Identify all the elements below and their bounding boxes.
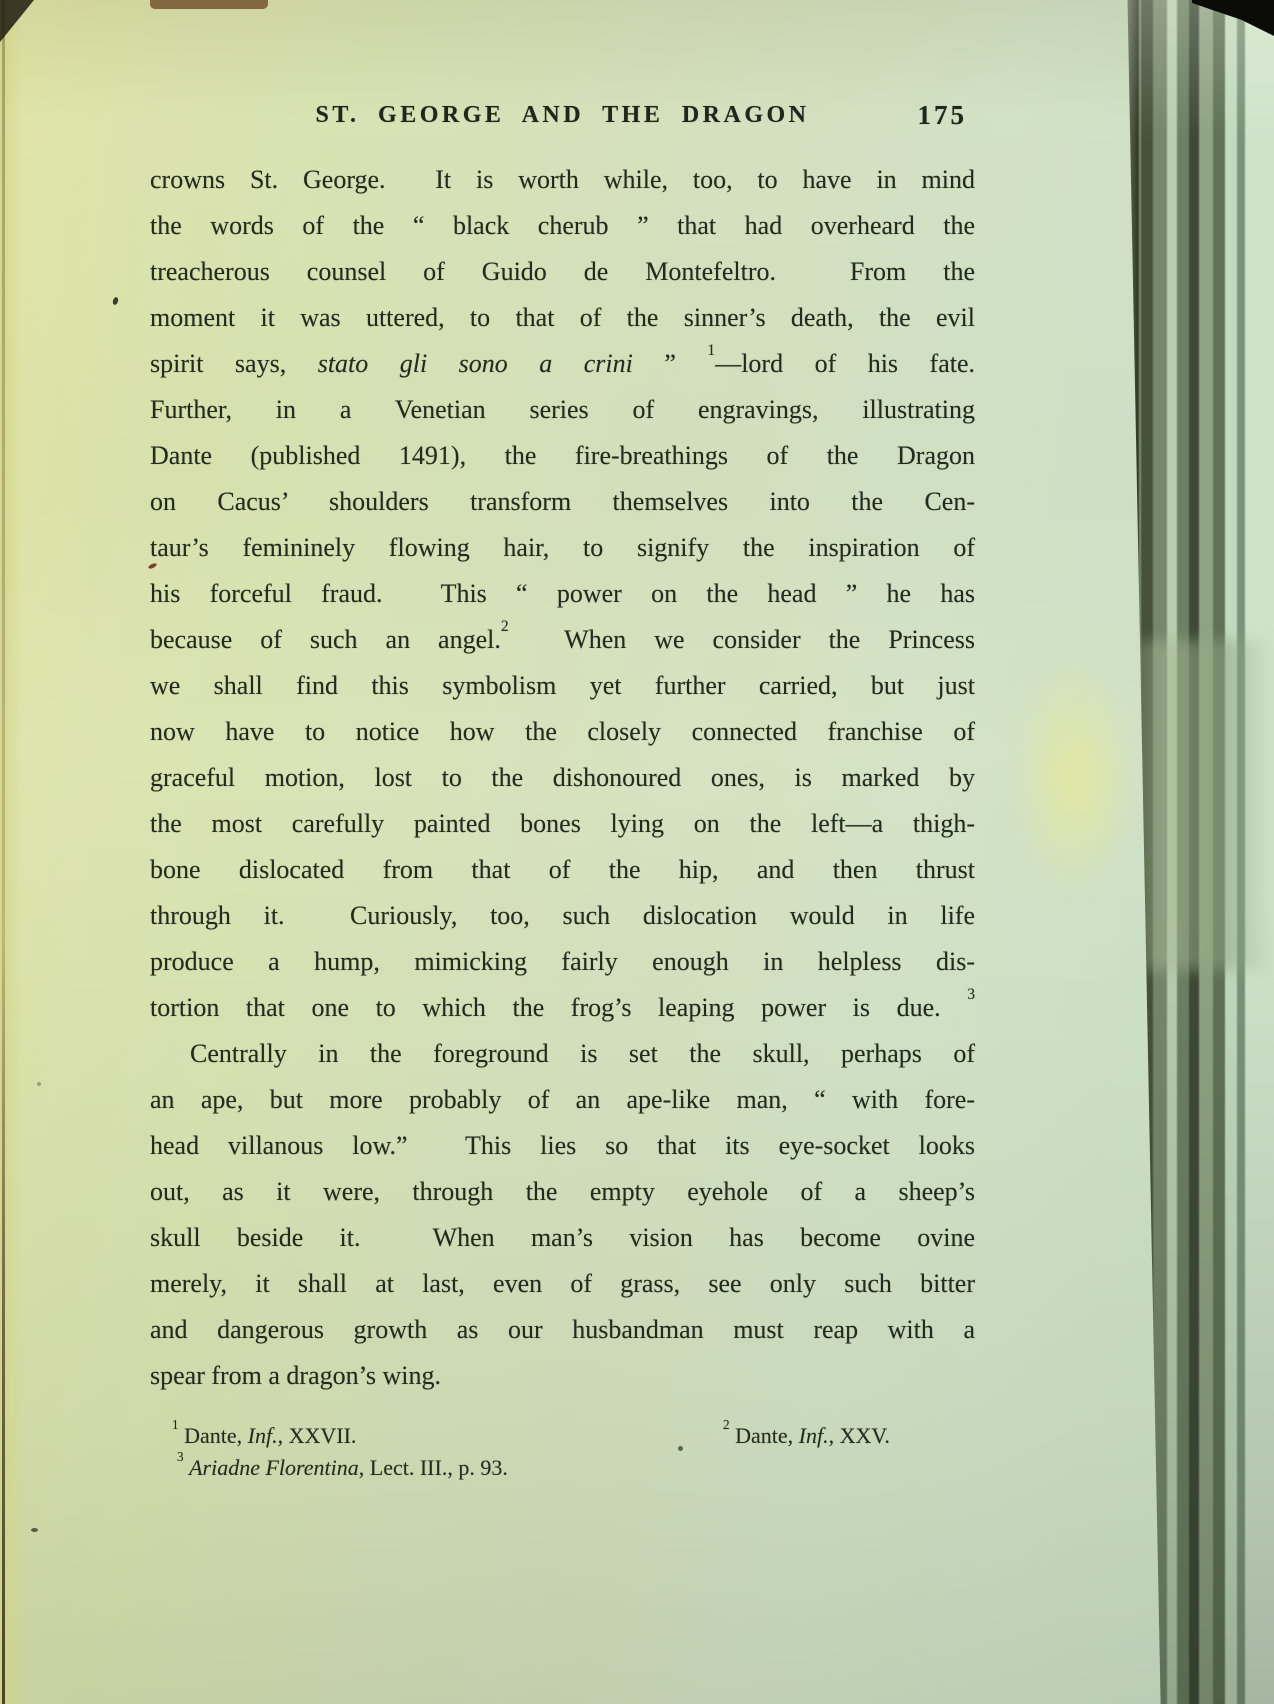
text-segment: spirit says, [150,349,318,378]
text-segment: the words of the “ black cherub ” that h… [150,211,975,240]
text-line: skull beside it. When man’s vision has b… [150,1215,975,1261]
footnote-marker: 1 [707,342,715,359]
text-segment: Inf. [248,1423,278,1448]
text-line: graceful motion, lost to the dishonoured… [150,755,975,801]
ink-speck [678,1446,683,1451]
text-segment: his forceful fraud. This “ power on the … [150,579,975,608]
footnote-3: 3 Ariadne Florentina, Lect. III., p. 93. [177,1452,508,1484]
text-line: taur’s femininely flowing hair, to signi… [150,525,975,571]
text-segment: the most carefully painted bones lying o… [150,809,975,838]
text-segment: tortion that one to which the frog’s lea… [150,993,967,1022]
text-segment: produce a hump, mimicking fairly enough … [150,947,975,976]
text-line: on Cacus’ shoulders transform themselves… [150,479,975,525]
footnote-marker: 3 [967,986,975,1003]
running-head: ST. GEORGE AND THE DRAGON 175 [150,94,975,136]
text-segment: an ape, but more probably of an ape-like… [150,1085,975,1114]
text-segment: and dangerous growth as our husbandman m… [150,1315,975,1344]
text-line: head villanous low.” This lies so that i… [150,1123,975,1169]
footnote-1: 1 Dante, Inf., XXVII. [172,1420,356,1452]
text-line: now have to notice how the closely conne… [150,709,975,755]
text-line: tortion that one to which the frog’s lea… [150,985,975,1031]
text-segment: Inf. [799,1423,829,1448]
text-line: we shall find this symbolism yet further… [150,663,975,709]
text-segment: Ariadne Florentina [189,1455,359,1480]
ink-speck [31,1528,38,1532]
text-segment: , Lect. III., p. 93. [359,1455,508,1480]
text-line: an ape, but more probably of an ape-like… [150,1077,975,1123]
text-line: spear from a dragon’s wing. [150,1353,975,1399]
text-line: moment it was uttered, to that of the si… [150,295,975,341]
text-segment: crowns St. George. It is worth while, to… [150,165,975,194]
text-line: Dante (published 1491), the fire-breathi… [150,433,975,479]
text-segment: skull beside it. When man’s vision has b… [150,1223,975,1252]
text-segment: now have to notice how the closely conne… [150,717,975,746]
text-line: merely, it shall at last, even of grass,… [150,1261,975,1307]
scan-highlight-blob [985,605,1165,950]
text-segment: merely, it shall at last, even of grass,… [150,1269,975,1298]
text-line: his forceful fraud. This “ power on the … [150,571,975,617]
text-line: produce a hump, mimicking fairly enough … [150,939,975,985]
text-line: spirit says, stato gli sono a crini ” 1—… [150,341,975,387]
text-segment: —lord of his fate. [715,349,975,378]
text-line: because of such an angel.2 When we consi… [150,617,975,663]
text-line: the most carefully painted bones lying o… [150,801,975,847]
text-segment: through it. Curiously, too, such disloca… [150,901,975,930]
text-segment: When we consider the Princess [509,625,975,654]
text-line: Further, in a Venetian series of engravi… [150,387,975,433]
footnote-row: 3 Ariadne Florentina, Lect. III., p. 93. [150,1452,990,1484]
text-segment: spear from a dragon’s wing. [150,1361,441,1390]
text-segment: , XXV. [829,1423,890,1448]
footnotes: 1 Dante, Inf., XXVII. 2 Dante, Inf., XXV… [150,1420,990,1484]
text-segment: bone dislocated from that of the hip, an… [150,855,975,884]
text-line: crowns St. George. It is worth while, to… [150,157,975,203]
text-segment: on Cacus’ shoulders transform themselves… [150,487,975,516]
text-segment: Dante, [730,1423,799,1448]
page-left-edge-line [2,0,5,1704]
text-segment: moment it was uttered, to that of the si… [150,303,975,332]
footnote-marker: 2 [723,1417,730,1432]
footnote-marker: 2 [501,618,509,635]
book-page-scan: ST. GEORGE AND THE DRAGON 175 crowns St.… [0,0,1274,1704]
text-line: out, as it were, through the empty eyeho… [150,1169,975,1215]
text-line: treacherous counsel of Guido de Montefel… [150,249,975,295]
text-segment: Centrally in the foreground is set the s… [190,1039,975,1068]
page-number: 175 [918,94,968,136]
chapter-title: ST. GEORGE AND THE DRAGON [315,102,809,128]
text-line: and dangerous growth as our husbandman m… [150,1307,975,1353]
text-segment: Dante (published 1491), the fire-breathi… [150,441,975,470]
text-segment: head villanous low.” This lies so that i… [150,1131,975,1160]
body-text: crowns St. George. It is worth while, to… [150,157,975,1399]
text-segment: because of such an angel. [150,625,501,654]
footnote-2: 2 Dante, Inf., XXV. [723,1420,890,1452]
text-segment: treacherous counsel of Guido de Montefel… [150,257,975,286]
text-segment: out, as it were, through the empty eyeho… [150,1177,975,1206]
text-segment: ” [633,349,708,378]
text-line: through it. Curiously, too, such disloca… [150,893,975,939]
text-line: the words of the “ black cherub ” that h… [150,203,975,249]
text-segment: , XXVII. [278,1423,357,1448]
text-segment: stato gli sono a crini [318,349,633,378]
footnote-marker: 3 [177,1449,184,1464]
footnote-marker: 1 [172,1417,179,1432]
footnote-row: 1 Dante, Inf., XXVII. 2 Dante, Inf., XXV… [150,1420,990,1452]
text-segment: Dante, [179,1423,248,1448]
text-segment: taur’s femininely flowing hair, to signi… [150,533,975,562]
text-line: bone dislocated from that of the hip, an… [150,847,975,893]
text-segment: Further, in a Venetian series of engravi… [150,395,975,424]
text-line: Centrally in the foreground is set the s… [150,1031,975,1077]
text-segment: we shall find this symbolism yet further… [150,671,975,700]
text-segment: graceful motion, lost to the dishonoured… [150,763,975,792]
top-edge-binding-sliver [150,0,268,9]
ink-speck [37,1082,41,1086]
